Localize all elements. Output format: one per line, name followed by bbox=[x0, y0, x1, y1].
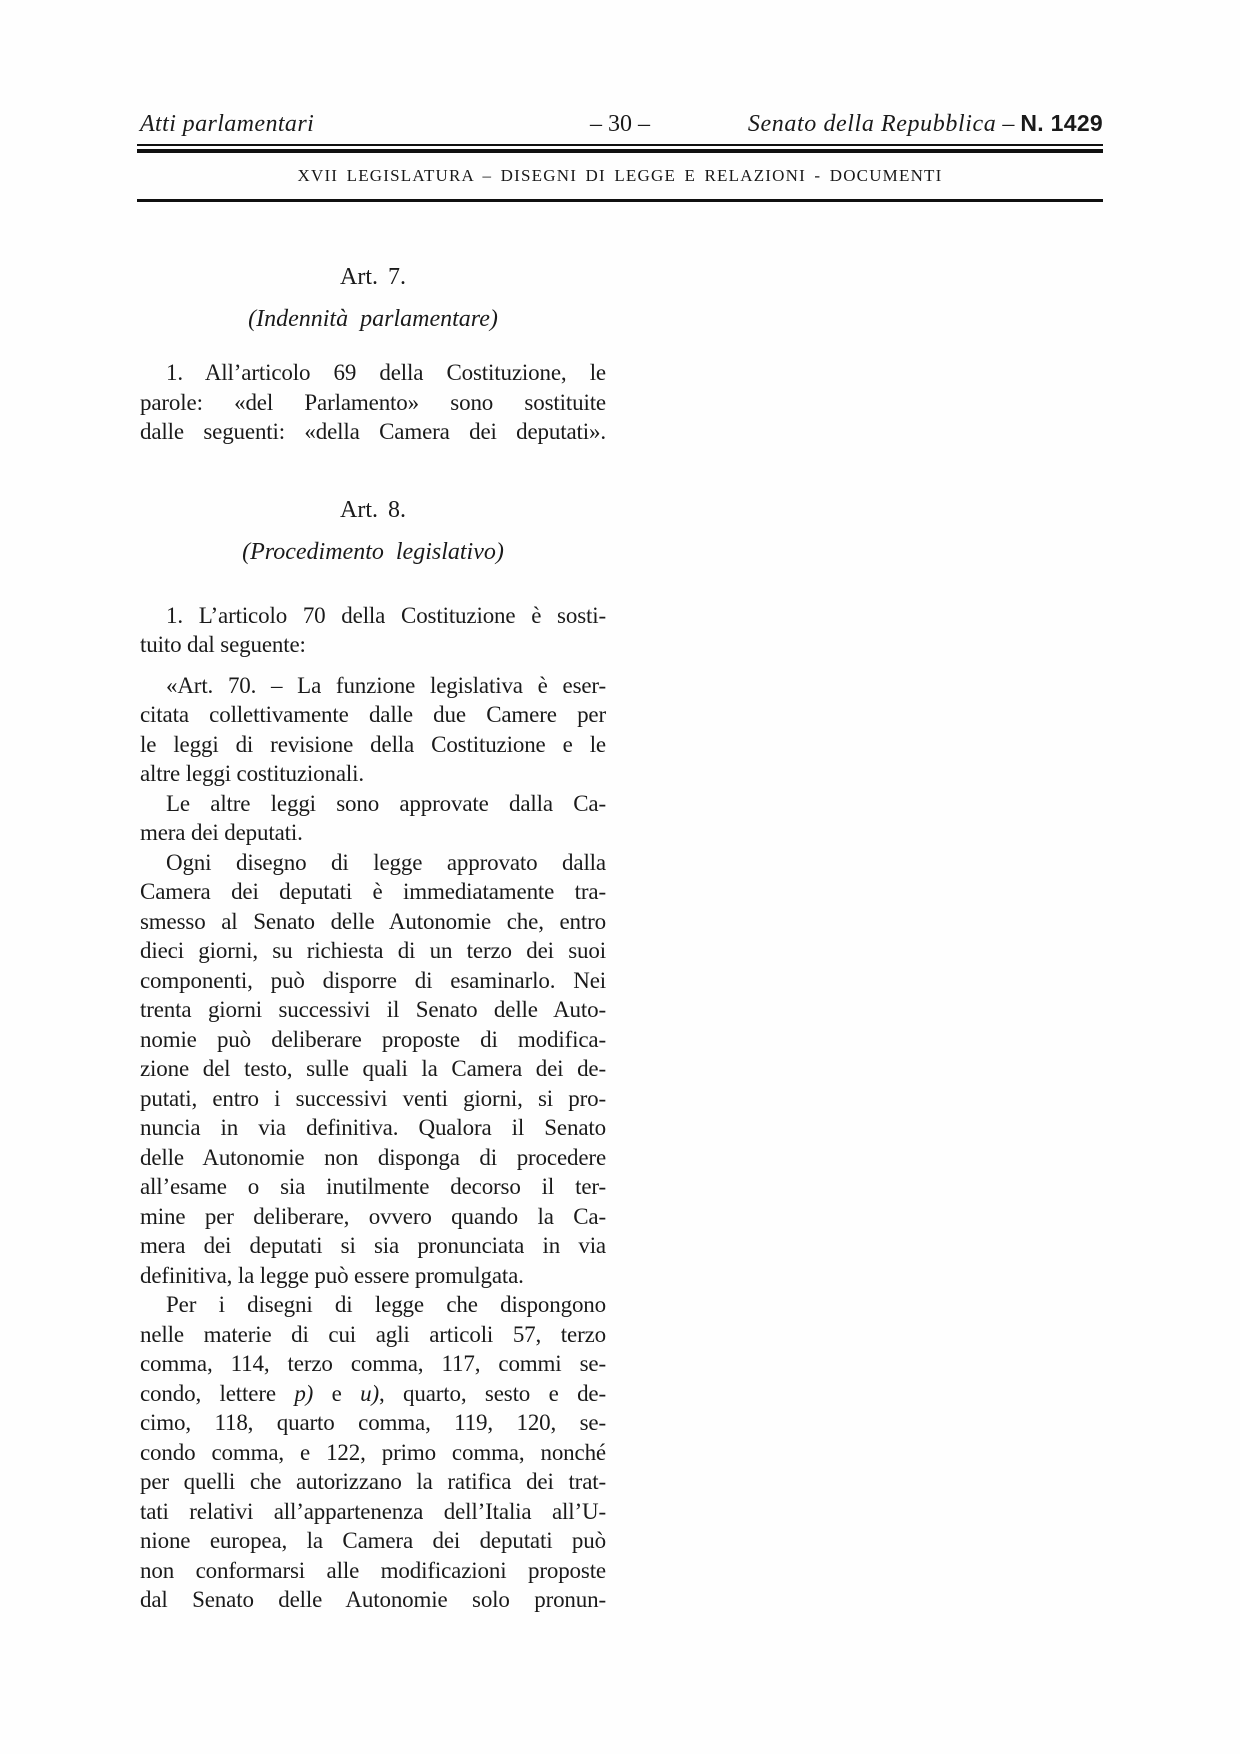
text-line: comma, 114, terzo comma, 117, commi se- bbox=[140, 1349, 606, 1379]
text-line: tuito dal seguente: bbox=[140, 630, 606, 660]
text-line: componenti, può disporre di esaminarlo. … bbox=[140, 966, 606, 996]
text-line: dal Senato delle Autonomie solo pronun- bbox=[140, 1585, 606, 1615]
text-line: definitiva, la legge può essere promulga… bbox=[140, 1261, 606, 1291]
text-line: nelle materie di cui agli articoli 57, t… bbox=[140, 1320, 606, 1350]
paragraph: 1. L’articolo 70 della Costituzione è so… bbox=[140, 601, 606, 660]
text-line: mine per deliberare, ovvero quando la Ca… bbox=[140, 1202, 606, 1232]
page-number: – 30 – bbox=[590, 111, 650, 138]
document-number: N. 1429 bbox=[1020, 110, 1103, 136]
article-section: Art. 7.(Indennità parlamentare)1. All’ar… bbox=[140, 262, 606, 447]
text-line: smesso al Senato delle Autonomie che, en… bbox=[140, 907, 606, 937]
article-subtitle: (Procedimento legislativo) bbox=[140, 537, 606, 567]
text-line: nuncia in via definitiva. Qualora il Sen… bbox=[140, 1113, 606, 1143]
text-line: Per i disegni di legge che dispongono bbox=[140, 1290, 606, 1320]
text-line: le leggi di revisione della Costituzione… bbox=[140, 730, 606, 760]
header-right-title: Senato della Repubblica–N. 1429 bbox=[748, 110, 1103, 138]
header-title-row: Atti parlamentari – 30 – Senato della Re… bbox=[137, 104, 1103, 138]
text-line: zione del testo, sulle quali la Camera d… bbox=[140, 1054, 606, 1084]
header-left-title: Atti parlamentari bbox=[140, 111, 314, 138]
text-line: citata collettivamente dalle due Camere … bbox=[140, 700, 606, 730]
paragraph: 1. All’articolo 69 della Costituzione, l… bbox=[140, 358, 606, 447]
text-line: nomie può deliberare proposte di modific… bbox=[140, 1025, 606, 1055]
title-separator: – bbox=[996, 111, 1020, 137]
text-line: putati, entro i successivi venti giorni,… bbox=[140, 1084, 606, 1114]
article-subtitle: (Indennità parlamentare) bbox=[140, 304, 606, 334]
paragraph: Ogni disegno di legge approvato dallaCam… bbox=[140, 848, 606, 1291]
legislature-subtitle: XVII LEGISLATURA – DISEGNI DI LEGGE E RE… bbox=[137, 166, 1103, 186]
text-line: delle Autonomie non disponga di proceder… bbox=[140, 1143, 606, 1173]
text-line: Camera dei deputati è immediatamente tra… bbox=[140, 877, 606, 907]
header-rule-thick bbox=[137, 149, 1103, 153]
text-line: per quelli che autorizzano la ratifica d… bbox=[140, 1467, 606, 1497]
text-line: condo comma, e 122, primo comma, nonché bbox=[140, 1438, 606, 1468]
text-line: 1. L’articolo 70 della Costituzione è so… bbox=[140, 601, 606, 631]
text-line: mera dei deputati si sia pronunciata in … bbox=[140, 1231, 606, 1261]
text-line: nione europea, la Camera dei deputati pu… bbox=[140, 1526, 606, 1556]
article-heading: Art. 8. bbox=[140, 495, 606, 525]
text-line: cimo, 118, quarto comma, 119, 120, se- bbox=[140, 1408, 606, 1438]
text-line: condo, lettere p) e u), quarto, sesto e … bbox=[140, 1379, 606, 1409]
text-line: 1. All’articolo 69 della Costituzione, l… bbox=[140, 358, 606, 388]
text-line: «Art. 70. – La funzione legislativa è es… bbox=[140, 671, 606, 701]
page-header: Atti parlamentari – 30 – Senato della Re… bbox=[137, 0, 1103, 202]
empty-right-column bbox=[640, 200, 1100, 1600]
header-rule-thin bbox=[137, 144, 1103, 146]
article-heading: Art. 7. bbox=[140, 262, 606, 292]
paragraph: Per i disegni di legge che dispongononel… bbox=[140, 1290, 606, 1615]
article-section: Art. 8.(Procedimento legislativo)1. L’ar… bbox=[140, 495, 606, 1615]
text-line: dalle seguenti: «della Camera dei deputa… bbox=[140, 417, 606, 447]
text-column: Art. 7.(Indennità parlamentare)1. All’ar… bbox=[140, 200, 606, 1615]
text-line: trenta giorni successivi il Senato delle… bbox=[140, 995, 606, 1025]
chamber-name: Senato della Repubblica bbox=[748, 111, 996, 137]
text-line: all’esame o sia inutilmente decorso il t… bbox=[140, 1172, 606, 1202]
text-line: altre leggi costituzionali. bbox=[140, 759, 606, 789]
paragraph: Le altre leggi sono approvate dalla Ca-m… bbox=[140, 789, 606, 848]
document-page: Atti parlamentari – 30 – Senato della Re… bbox=[0, 0, 1240, 1754]
text-line: Le altre leggi sono approvate dalla Ca- bbox=[140, 789, 606, 819]
text-line: non conformarsi alle modificazioni propo… bbox=[140, 1556, 606, 1586]
text-line: Ogni disegno di legge approvato dalla bbox=[140, 848, 606, 878]
text-line: dieci giorni, su richiesta di un terzo d… bbox=[140, 936, 606, 966]
text-line: mera dei deputati. bbox=[140, 818, 606, 848]
text-line: parole: «del Parlamento» sono sostituite bbox=[140, 388, 606, 418]
paragraph: «Art. 70. – La funzione legislativa è es… bbox=[140, 671, 606, 789]
text-line: tati relativi all’appartenenza dell’Ital… bbox=[140, 1497, 606, 1527]
